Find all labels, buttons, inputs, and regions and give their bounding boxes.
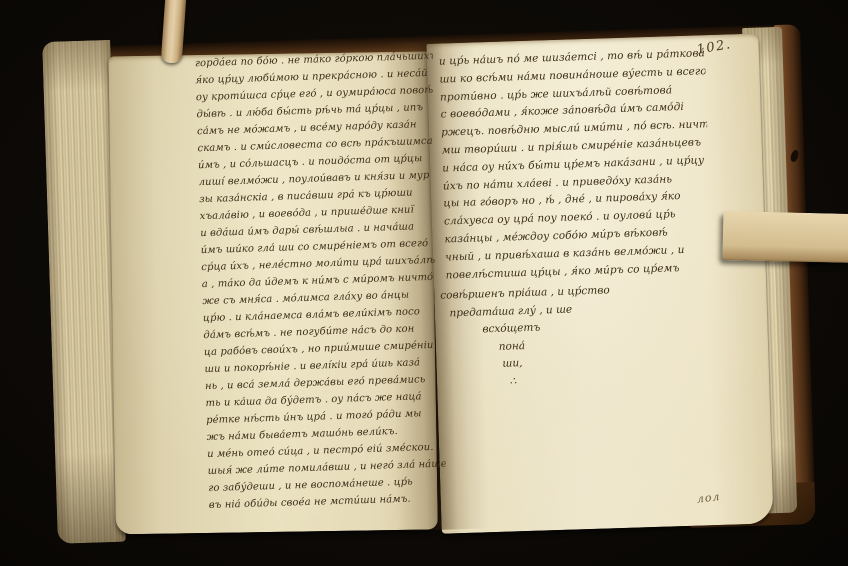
corner-inscription: лол	[696, 490, 721, 506]
open-book: горда́еа по бо́ю . не та́ко го́ркою пла́…	[42, 24, 815, 548]
right-page-text: и цр́ь на́шъ по́ ме шиза́етсі , то вѣ́ и…	[439, 45, 712, 293]
bookmark-tab-side[interactable]	[722, 211, 848, 263]
photo-backdrop: горда́еа по бо́ю . не та́ко го́ркою пла́…	[0, 0, 848, 566]
left-page-text: горда́еа по бо́ю . не та́ко го́ркою пла́…	[195, 48, 448, 521]
right-page-ending-taper: совѣ́ршенъ пріа́ша , и цр́ствопредата́ша…	[440, 283, 583, 392]
